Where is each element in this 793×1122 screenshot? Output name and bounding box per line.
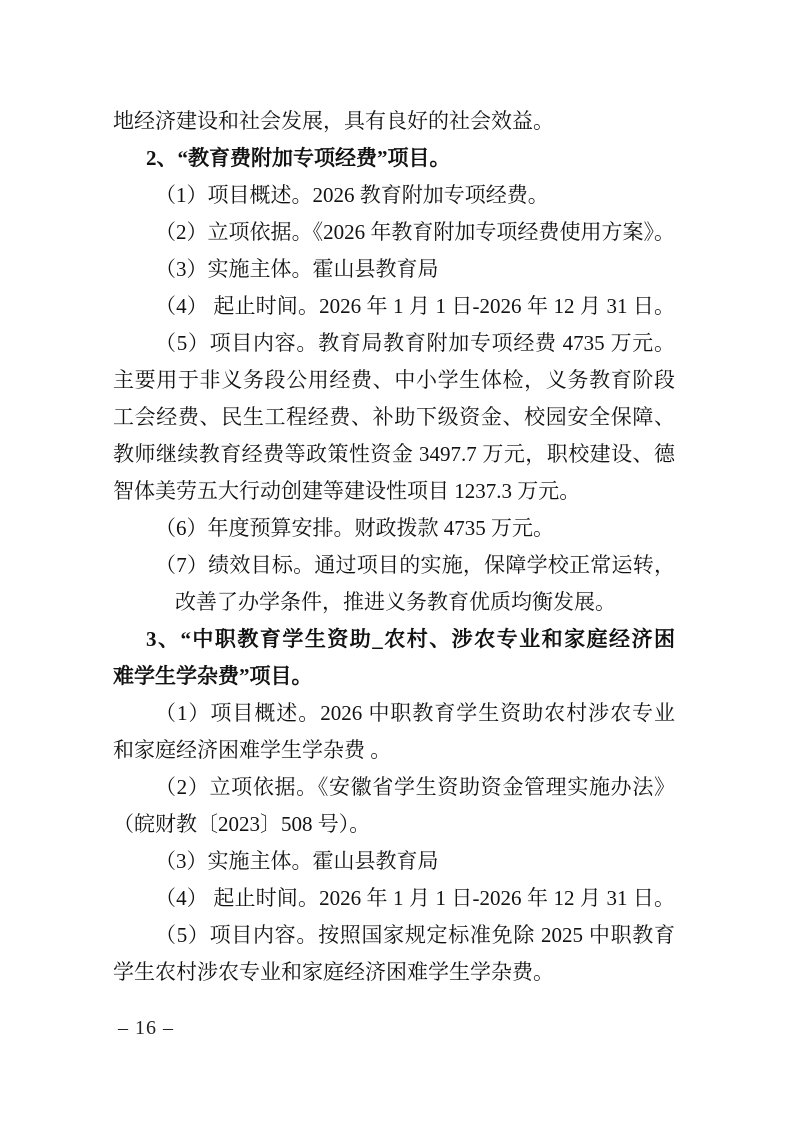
text-line: （5）项目内容。教育局教育附加专项经费 4735 万元。 — [113, 325, 675, 362]
text-line: （6）年度预算安排。财政拨款 4735 万元。 — [113, 510, 675, 547]
document-page: 地经济建设和社会发展，具有良好的社会效益。 2、“教育费附加专项经费”项目。 （… — [0, 0, 793, 1122]
text-line: （1）项目概述。2026 教育附加专项经费。 — [113, 177, 675, 214]
text-line: 和家庭经济困难学生学杂费 。 — [113, 732, 675, 769]
document-body: 地经济建设和社会发展，具有良好的社会效益。 2、“教育费附加专项经费”项目。 （… — [113, 103, 675, 991]
text-line: （2）立项依据。《安徽省学生资助资金管理实施办法》 — [113, 769, 675, 806]
section-2-heading: 2、“教育费附加专项经费”项目。 — [113, 140, 675, 177]
text-line: 智体美劳五大行动创建等建设性项目 1237.3 万元。 — [113, 473, 675, 510]
text-line: （5）项目内容。按照国家规定标准免除 2025 中职教育 — [113, 917, 675, 954]
text-line: （3）实施主体。霍山县教育局 — [113, 843, 675, 880]
text-line: （3）实施主体。霍山县教育局 — [113, 251, 675, 288]
text-line: （7）绩效目标。通过项目的实施，保障学校正常运转， — [113, 547, 675, 584]
page-number: – 16 – — [118, 1013, 174, 1043]
text-line: （2）立项依据。《2026 年教育附加专项经费使用方案》。 — [113, 214, 675, 251]
text-line: 主要用于非义务段公用经费、中小学生体检，义务教育阶段 — [113, 362, 675, 399]
text-line: （1）项目概述。2026 中职教育学生资助农村涉农专业 — [113, 695, 675, 732]
text-line: 改善了办学条件，推进义务教育优质均衡发展。 — [113, 584, 675, 621]
section-3-heading-line-2: 难学生学杂费”项目。 — [113, 658, 675, 695]
text-line: 学生农村涉农专业和家庭经济困难学生学杂费。 — [113, 954, 675, 991]
paragraph-continuation: 地经济建设和社会发展，具有良好的社会效益。 — [113, 103, 675, 140]
section-3-heading-line-1: 3、“中职教育学生资助_农村、涉农专业和家庭经济困 — [113, 621, 675, 658]
text-line: （皖财教〔2023〕508 号）。 — [113, 806, 675, 843]
text-line: 工会经费、民生工程经费、补助下级资金、校园安全保障、 — [113, 399, 675, 436]
text-line: 教师继续教育经费等政策性资金 3497.7 万元，职校建设、德 — [113, 436, 675, 473]
text-line: （4） 起止时间。2026 年 1 月 1 日-2026 年 12 月 31 日… — [113, 880, 675, 917]
text-line: （4） 起止时间。2026 年 1 月 1 日-2026 年 12 月 31 日… — [113, 288, 675, 325]
